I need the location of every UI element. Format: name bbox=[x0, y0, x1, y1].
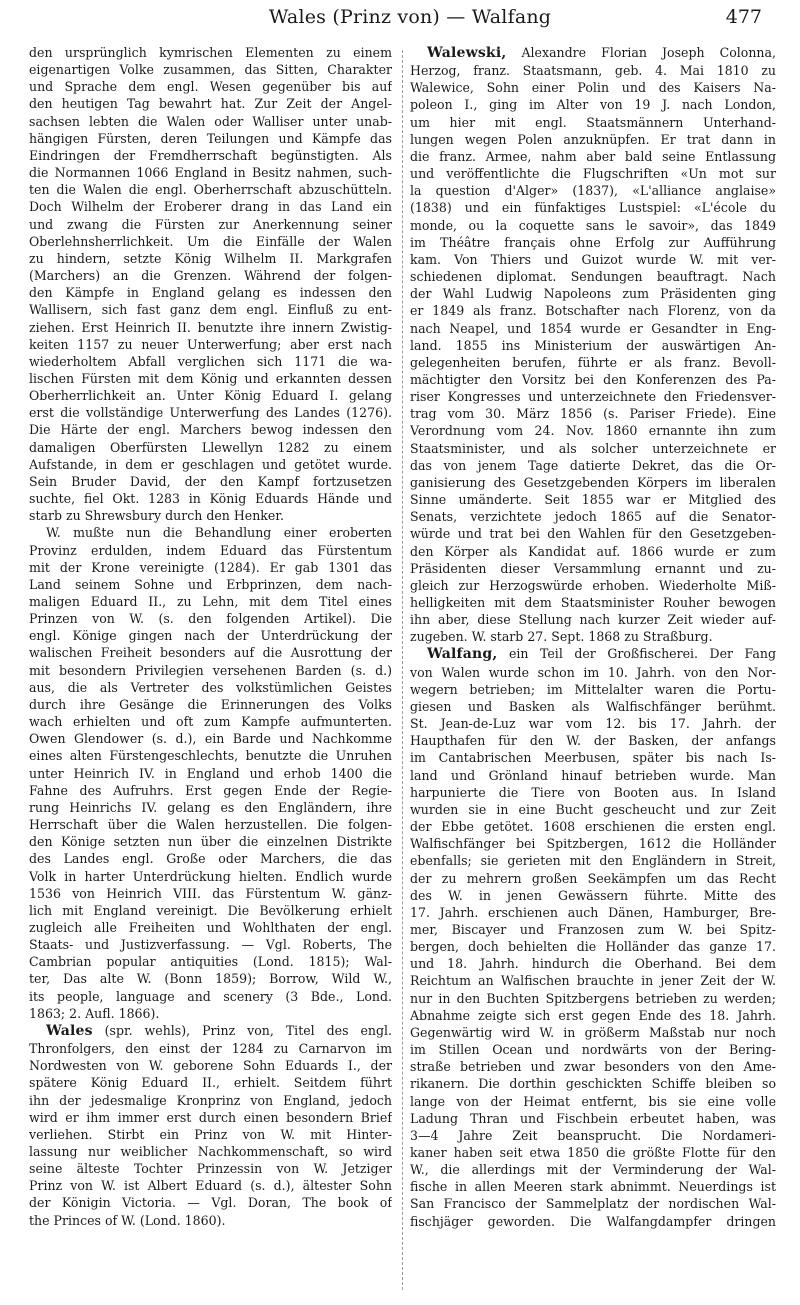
text-line: Abnahme zeigte sich erst gegen Ende des … bbox=[410, 1007, 776, 1024]
article-first-line: Walfang, ein Teil der Großfischerei. Der… bbox=[410, 645, 776, 663]
text-line: mit der Krone vereinigte (1284). Er gab … bbox=[29, 559, 392, 576]
text-line: nur in den Buchten Spitzbergens betriebe… bbox=[410, 990, 776, 1007]
text-line: wiederholtem Abfall verglichen sich 1171… bbox=[29, 353, 392, 370]
text-line: unter Heinrich IV. in England und erhob … bbox=[29, 765, 392, 782]
text-line: suchte, fiel Okt. 1283 in König Eduards … bbox=[29, 490, 392, 507]
text-line: im Stillen Ocean und nordwärts von der B… bbox=[410, 1041, 776, 1058]
left-column: den ursprünglich kymrischen Elementen zu… bbox=[29, 44, 392, 1229]
text-line: rung Heinrichs IV. gelang es den Engländ… bbox=[29, 799, 392, 816]
text-line: lich mit England vereinigt. Die Bevölker… bbox=[29, 902, 392, 919]
text-line: Oberlehnsherrlichkeit. Um die Einfälle d… bbox=[29, 233, 392, 250]
text-line: zugleich alle Freiheiten und Wohlthaten … bbox=[29, 919, 392, 936]
text-line: Ladung Thran und Fischbein erbeutet habe… bbox=[410, 1110, 776, 1127]
text-line: Oberherrlichkeit an. Unter König Eduard … bbox=[29, 387, 392, 404]
text-line: er 1849 als franz. Botschafter nach Flor… bbox=[410, 302, 776, 319]
lemma-heading: Wales bbox=[46, 1023, 93, 1039]
text-line: Senats, verzichtete jedoch 1865 auf die … bbox=[410, 508, 776, 525]
text-line: the Princes of W. (Lond. 1860). bbox=[29, 1212, 392, 1229]
text-line: ter, Das alte W. (Bonn 1859); Borrow, Wi… bbox=[29, 970, 392, 987]
text-line: walischen Freiheit besonders auf die Aus… bbox=[29, 644, 392, 661]
text-line: lassung nur weiblicher Nachkommenschaft,… bbox=[29, 1143, 392, 1160]
text-line: erst die vollständige Unterwerfung des L… bbox=[29, 404, 392, 421]
text-line: wegern betrieben; im Mittelalter waren d… bbox=[410, 681, 776, 698]
text-line: Verordnung vom 24. Nov. 1860 ernannte ih… bbox=[410, 422, 776, 439]
article-first-line: Wales (spr. wehls), Prinz von, Titel des… bbox=[29, 1022, 392, 1040]
text-line: der Königin Victoria. — Vgl. Doran, The … bbox=[29, 1194, 392, 1211]
text-line: 1863; 2. Aufl. 1866). bbox=[29, 1005, 392, 1022]
running-head: Wales (Prinz von) — Walfang bbox=[250, 6, 570, 28]
text-line: wird er ihm immer erst durch einen beson… bbox=[29, 1109, 392, 1126]
text-line: Eindringen der Fremdherrschaft begünstig… bbox=[29, 147, 392, 164]
text-line: la question d'Alger» (1837), «L'alliance… bbox=[410, 182, 776, 199]
text-line: Wallisern, sich fast ganz dem engl. Einf… bbox=[29, 301, 392, 318]
text-line: würde und trat bei den Wahlen für den Ge… bbox=[410, 525, 776, 542]
text-line: W., die allerdings mit der Verminderung … bbox=[410, 1161, 776, 1178]
text-line: fische in allen Meeren stark abnimmt. Ne… bbox=[410, 1178, 776, 1195]
text-line: St. Jean-de-Luz war vom 12. bis 17. Jahr… bbox=[410, 715, 776, 732]
article-wales-continuation: den ursprünglich kymrischen Elementen zu… bbox=[29, 44, 392, 524]
text-line: den Kämpfe in England gelang es indessen… bbox=[29, 284, 392, 301]
article-walfang: Walfang, ein Teil der Großfischerei. Der… bbox=[410, 645, 776, 1229]
text-line: Gegenwärtig wird W. in größerm Maßstab n… bbox=[410, 1024, 776, 1041]
text-line: ebenfalls; sie gerieten mit den Englände… bbox=[410, 852, 776, 869]
text-line: um hier mit engl. Staatsmännern Unterhan… bbox=[410, 114, 776, 131]
text-line: im Cantabrischen Meerbusen, später bis n… bbox=[410, 749, 776, 766]
text-line: Haupthafen für den W. der Basken, der an… bbox=[410, 732, 776, 749]
text-line: Herrschaft über die Walen herzustellen. … bbox=[29, 816, 392, 833]
text-line: lange von der Heimat entfernt, bis sie e… bbox=[410, 1093, 776, 1110]
column-divider bbox=[402, 50, 403, 1290]
text-line: im Théâtre français ohne Erfolg zur Auff… bbox=[410, 234, 776, 251]
text-line: land. 1855 ins Ministerium der auswärtig… bbox=[410, 337, 776, 354]
text-line: mächtigter den Vorsitz bei den Konferenz… bbox=[410, 371, 776, 388]
text-line: starb zu Shrewsbury durch den Henker. bbox=[29, 507, 392, 524]
text-line: und Sprache dem engl. Wesen gegenüber bi… bbox=[29, 78, 392, 95]
text-line: trag vom 30. März 1856 (s. Pariser Fried… bbox=[410, 405, 776, 422]
text-line: Aufstande, in dem er geschlagen und getö… bbox=[29, 456, 392, 473]
text-line: its people, language and scenery (3 Bde.… bbox=[29, 988, 392, 1005]
text-line: ihn der jedesmalige Kronprinz von Englan… bbox=[29, 1092, 392, 1109]
text-line: verliehen. Stirbt ein Prinz von W. mit H… bbox=[29, 1126, 392, 1143]
article-first-line: Walewski, Alexandre Florian Joseph Colon… bbox=[410, 44, 776, 62]
text-line: ihn aber, diese Stellung nach kurzer Zei… bbox=[410, 611, 776, 628]
text-line: aus, die als Vertreter des volkstümliche… bbox=[29, 679, 392, 696]
text-line: Volk in harter Unterdrückung hielten. En… bbox=[29, 868, 392, 885]
text-line: Cambrian popular antiquities (Lond. 1815… bbox=[29, 953, 392, 970]
text-line: engl. Könige gingen nach der Unterdrücku… bbox=[29, 627, 392, 644]
text-line: und 18. Jahrh. hindurch die Oberhand. Be… bbox=[410, 955, 776, 972]
text-line: Thronfolgers, den einst der 1284 zu Carn… bbox=[29, 1040, 392, 1057]
text-line: rikanern. Die dorthin geschickten Schiff… bbox=[410, 1075, 776, 1092]
text-line: land und Grönland hinauf betrieben wurde… bbox=[410, 767, 776, 784]
text-line: zu hindern, setzte König Wilhelm II. Mar… bbox=[29, 250, 392, 267]
text-line: gelegenheiten berufen, führte er als fra… bbox=[410, 354, 776, 371]
text-line: bergen, doch behielten die Holländer das… bbox=[410, 938, 776, 955]
text-line: Land seinem Sohne und Erbprinzen, dem na… bbox=[29, 576, 392, 593]
text-line: eines alten Fürstengeschlechts, benutzte… bbox=[29, 747, 392, 764]
text-line: riser Kongresses und unterzeichnete den … bbox=[410, 388, 776, 405]
text-line: lungen wegen Polen anzuknüpfen. Er trat … bbox=[410, 131, 776, 148]
text-line: Fahne des Aufruhrs. Erst gegen Ende der … bbox=[29, 782, 392, 799]
lemma-heading: Walewski, bbox=[427, 45, 506, 61]
article-walewski: Walewski, Alexandre Florian Joseph Colon… bbox=[410, 44, 776, 645]
text-line: 1536 von Heinrich VIII. das Fürstentum W… bbox=[29, 885, 392, 902]
text-line: gleich zur Herzogswürde erhoben. Wiederh… bbox=[410, 577, 776, 594]
text-line: den ursprünglich kymrischen Elementen zu… bbox=[29, 44, 392, 61]
text-line: fischjäger geworden. Die Walfangdampfer … bbox=[410, 1213, 776, 1230]
text-line: giesen und Basken als Walfischfänger ber… bbox=[410, 698, 776, 715]
text-line: Sein Bruder David, der den Kampf fortzus… bbox=[29, 473, 392, 490]
text-line: Herzog, franz. Staatsmann, geb. 4. Mai 1… bbox=[410, 62, 776, 79]
text-line: ten die Walen die engl. Oberherrschaft a… bbox=[29, 181, 392, 198]
text-line: hängigen Fürsten, deren Teilungen und Kä… bbox=[29, 130, 392, 147]
text-line: San Francisco der Sammelplatz der nordis… bbox=[410, 1195, 776, 1212]
text-line: ziehen. Erst Heinrich II. benutzte ihre … bbox=[29, 319, 392, 336]
text-line: den Könige setzten nun über die einzelne… bbox=[29, 833, 392, 850]
text-line: Provinz erdulden, indem Eduard das Fürst… bbox=[29, 542, 392, 559]
text-line: W. mußte nun die Behandlung einer erober… bbox=[29, 524, 392, 541]
text-line: den heutigen Tag bewahrt hat. Zur Zeit d… bbox=[29, 95, 392, 112]
text-line: Präsidenten dieser Versammlung ernannt u… bbox=[410, 560, 776, 577]
text-line: von Walen wurde schon im 10. Jahrh. von … bbox=[410, 664, 776, 681]
text-line: Prinz von W. ist Albert Eduard (s. d.), … bbox=[29, 1177, 392, 1194]
text-line: Die Härte der engl. Marchers bewog indes… bbox=[29, 421, 392, 438]
text-line: seine älteste Tochter Prinzessin von W. … bbox=[29, 1160, 392, 1177]
text-line: zugeben. W. starb 27. Sept. 1868 zu Stra… bbox=[410, 628, 776, 645]
text-line: straße betrieben und zwar besonders von … bbox=[410, 1058, 776, 1075]
text-line: harpunierte die Tiere von Booten aus. In… bbox=[410, 784, 776, 801]
text-line: 3—4 Jahre Zeit beansprucht. Die Nordamer… bbox=[410, 1127, 776, 1144]
text-line: mit besondern Privilegien versehenen Bar… bbox=[29, 662, 392, 679]
text-line: ganisierung des Gesetzgebenden Körpers i… bbox=[410, 474, 776, 491]
text-line: keiten 1157 zu neuer Unterwerfung; aber … bbox=[29, 336, 392, 353]
text-line: nach Neapel, und 1854 wurde er Gesandter… bbox=[410, 320, 776, 337]
text-line: (Marchers) an die Grenzen. Während der f… bbox=[29, 267, 392, 284]
text-line: und veröffentlichte die Flugschriften «U… bbox=[410, 165, 776, 182]
text-line: Walfischfänger bei Spitzbergen, 1612 die… bbox=[410, 835, 776, 852]
text-line: die franz. Armee, nahm aber bald seine E… bbox=[410, 148, 776, 165]
text-line: 17. Jahrh. erschienen auch Dänen, Hambur… bbox=[410, 904, 776, 921]
text-line: der zu mehrern großen Seekämpfen um das … bbox=[410, 870, 776, 887]
text-line: damaligen Oberfürsten Llewellyn 1282 zu … bbox=[29, 439, 392, 456]
text-line: helligkeiten mit dem Staatsminister Rouh… bbox=[410, 594, 776, 611]
text-line: kaner haben seit etwa 1850 die größte Fl… bbox=[410, 1144, 776, 1161]
text-line: das von jenem Tage datierte Dekret, das … bbox=[410, 457, 776, 474]
text-line: sachsen lebten die Walen oder Walliser u… bbox=[29, 113, 392, 130]
text-line: den Körper als Kandidat auf. 1866 wurde … bbox=[410, 543, 776, 560]
page-number: 477 bbox=[726, 6, 762, 28]
text-line: und zwang die Fürsten zur Anerkennung se… bbox=[29, 216, 392, 233]
text-line: spätere König Eduard II., erhielt. Seitd… bbox=[29, 1074, 392, 1091]
text-line: Staats- und Justizverfassung. — Vgl. Rob… bbox=[29, 936, 392, 953]
text-line: maligen Eduard II., zu Lehn, mit dem Tit… bbox=[29, 593, 392, 610]
page-header: Wales (Prinz von) — Walfang 477 bbox=[0, 6, 800, 32]
text-line: durch ihre Gesänge die Erinnerungen des … bbox=[29, 696, 392, 713]
text-line: der Wahl Ludwig Napoleons zum Präsidente… bbox=[410, 285, 776, 302]
text-line: eigenartigen Volke zusammen, das Sitten,… bbox=[29, 61, 392, 78]
text-line: Staatsminister, und als solcher unterzei… bbox=[410, 440, 776, 457]
right-column: Walewski, Alexandre Florian Joseph Colon… bbox=[410, 44, 776, 1230]
text-line: wurden sie in eine Bucht gescheucht und … bbox=[410, 801, 776, 818]
text-line: lischen Fürsten mit dem König und erkann… bbox=[29, 370, 392, 387]
text-line: Owen Glendower (s. d.), ein Barde und Na… bbox=[29, 730, 392, 747]
text-line: (1838) und ein fünfaktiges Lustspiel: «L… bbox=[410, 199, 776, 216]
text-line: des Landes engl. Große oder Marchers, di… bbox=[29, 850, 392, 867]
text-line: Doch Wilhelm der Eroberer drang in das L… bbox=[29, 198, 392, 215]
text-line: Prinzen von W. (s. den folgenden Artikel… bbox=[29, 610, 392, 627]
text-line: Reichtum an Walfischen brauchte in jener… bbox=[410, 972, 776, 989]
text-line: mer, Biscayer und Franzosen zum W. bei S… bbox=[410, 921, 776, 938]
text-line: Walewice, Sohn einer Polin und des Kaise… bbox=[410, 79, 776, 96]
text-line: die Normannen 1066 England in Besitz nah… bbox=[29, 164, 392, 181]
text-line: poleon I., ging im Alter von 19 J. nach … bbox=[410, 96, 776, 113]
text-line: kam. Von Thiers und Guizot wurde W. mit … bbox=[410, 251, 776, 268]
text-line: des W. in jenen Gewässern führte. Mitte … bbox=[410, 887, 776, 904]
text-line: Nordwesten von W. geborene Sohn Eduards … bbox=[29, 1057, 392, 1074]
lemma-heading: Walfang, bbox=[427, 646, 497, 662]
article-wales-prinz-von: Wales (spr. wehls), Prinz von, Titel des… bbox=[29, 1022, 392, 1229]
text-line: Sinne umänderte. Seit 1855 war er Mitgli… bbox=[410, 491, 776, 508]
article-wales-paragraph-2: W. mußte nun die Behandlung einer erober… bbox=[29, 524, 392, 1022]
text-line: schiedenen diplomat. Sendungen beauftrag… bbox=[410, 268, 776, 285]
text-line: der Ebbe getötet. 1608 erschienen die er… bbox=[410, 818, 776, 835]
text-line: monde, ou la coquette sans le savoir», d… bbox=[410, 217, 776, 234]
text-line: wach erhielten und oft zum Kampfe aufmun… bbox=[29, 713, 392, 730]
